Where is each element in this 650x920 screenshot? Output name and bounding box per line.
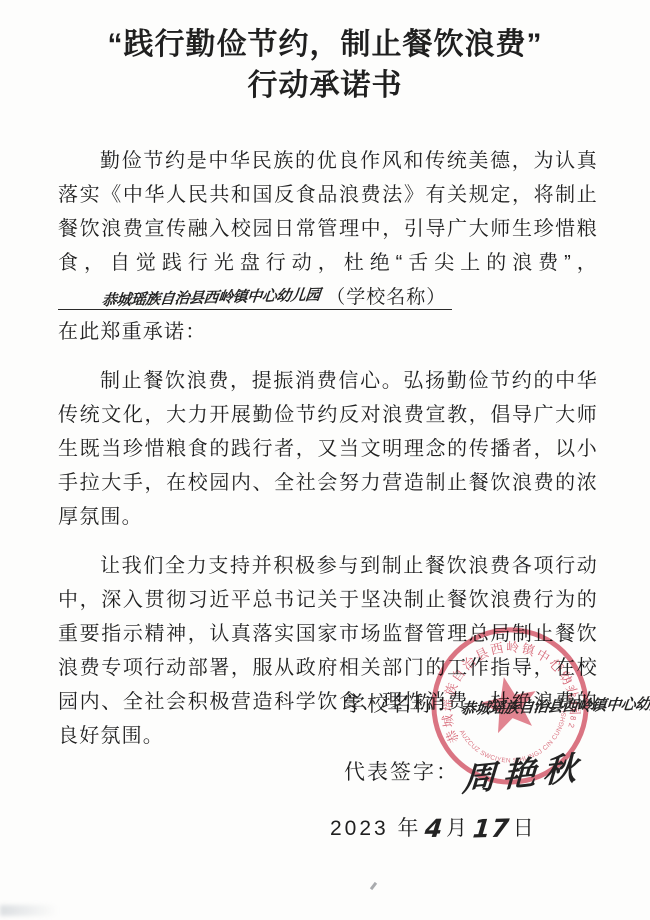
representative-signature-handwritten: 周艳秋 (461, 742, 585, 801)
date-day-handwritten: 17 (472, 814, 512, 844)
date-year: 2023 年 (330, 817, 422, 840)
scan-edge-artifact (0, 905, 58, 916)
date-month-label: 月 (446, 817, 470, 840)
representative-signature-label: 代表签字： (344, 761, 459, 784)
document-title: “践行勤俭节约，制止餐饮浪费” 行动承诺书 (0, 24, 650, 106)
paragraph-1-continuation: 在此郑重承诺： (58, 315, 598, 349)
school-name-blank: 恭城瑶族自治县西岭镇中心幼儿园 （学校名称） (58, 286, 452, 310)
school-name-signature-handwritten: 恭城瑶族自治县西岭镇中心幼儿园 (460, 692, 650, 719)
scanned-commitment-letter: “践行勤俭节约，制止餐饮浪费” 行动承诺书 勤俭节约是中华民族的优良作风和传统美… (0, 0, 650, 920)
school-name-blank-label: （学校名称） (326, 287, 446, 308)
school-name-handwritten: 恭城瑶族自治县西岭镇中心幼儿园 (58, 278, 322, 319)
title-line-quote: “践行勤俭节约，制止餐饮浪费” (0, 24, 650, 65)
title-line-subtitle: 行动承诺书 (0, 65, 650, 106)
paragraph-2: 制止餐饮浪费，提振消费信心。弘扬勤俭节约的中华传统文化，大力开展勤俭节约反对浪费… (58, 364, 598, 534)
date-row: 2023 年4月17日 (330, 812, 537, 843)
scan-speck-artifact (370, 882, 377, 890)
paragraph-1: 勤俭节约是中华民族的优良作风和传统美德，为认真落实《中华人民共和国反食品浪费法》… (58, 144, 598, 349)
date-day-label: 日 (513, 817, 537, 840)
date-month-handwritten: 4 (423, 814, 444, 843)
school-name-row: 学校名称：恭城瑶族自治县西岭镇中心幼儿园 (344, 688, 650, 718)
paragraph-1-text: 勤俭节约是中华民族的优良作风和传统美德，为认真落实《中华人民共和国反食品浪费法》… (58, 150, 598, 274)
school-name-label: 学校名称： (344, 693, 459, 716)
representative-signature-row: 代表签字：周艳秋 (344, 748, 583, 795)
